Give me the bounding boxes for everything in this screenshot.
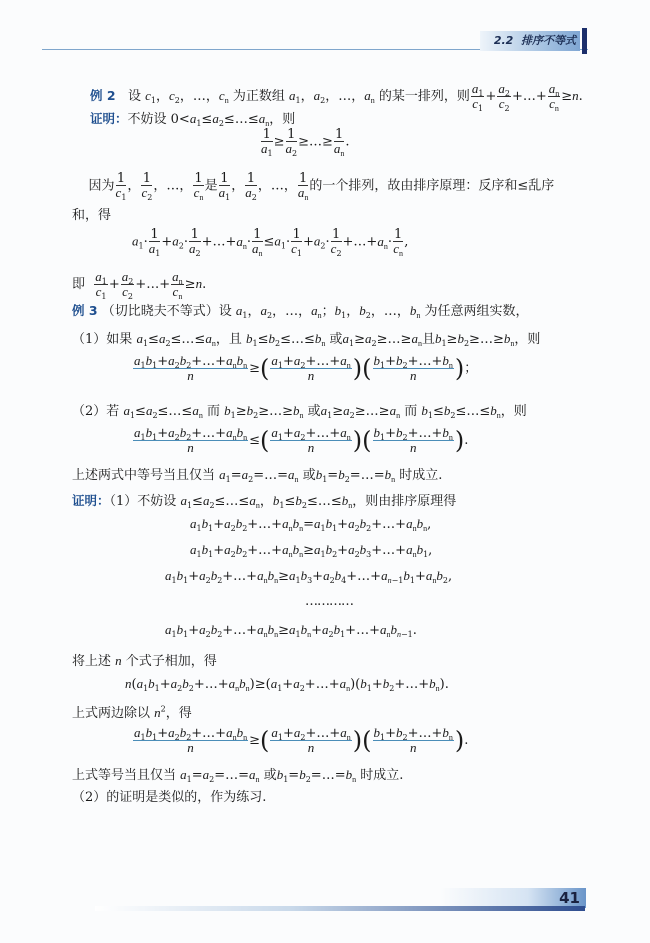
formula-rearrangement: a1·1a1+a2·1a2+…+an·1an≤a1·1c1+a2·1c2+…+a… xyxy=(132,228,408,256)
add-n-line: 将上述 n 个式子相加，得 xyxy=(72,650,217,669)
proof-label: 证明： xyxy=(90,111,128,126)
divide-line: 上式两边除以 n2，得 xyxy=(72,702,192,721)
example2-proof-start: 证明：不妨设 0<a1≤a2≤…≤an，则 xyxy=(90,108,295,127)
equality-note: 上述两式中等号当且仅当 a1=a2=…=an 或b1=b2=…=bn 时成立. xyxy=(72,464,442,483)
proof-row-n: a1b1+a2b2+…+anbn≥a1bn+a2b1+…+anbn−1. xyxy=(165,622,417,638)
example3-label: 例 3 xyxy=(72,303,98,318)
case2-proof-note: （2）的证明是类似的，作为练习. xyxy=(72,786,266,805)
because-line: 因为1c1，1c2，…，1cn是1a1，1a2，…，1an的一个排列，故由排序原… xyxy=(72,172,554,200)
page-number: 41 xyxy=(545,888,585,908)
proof-row-3: a1b1+a2b2+…+anbn≥a1b3+a2b4+…+an−1b1+anb2… xyxy=(165,568,452,584)
case1-condition: （1）如果 a1≤a2≤…≤an，且 b1≤b2≤…≤bn 或a1≥a2≥…≥a… xyxy=(72,328,540,347)
proof-row-1: a1b1+a2b2+…+anbn=a1b1+a2b2+…+anbn, xyxy=(190,516,431,532)
case2-condition: （2）若 a1≤a2≤…≤an 而 b1≥b2≥…≥bn 或a1≥a2≥…≥an… xyxy=(72,400,527,419)
hence-line: 即 a1c1+a2c2+…+ancn≥n. xyxy=(72,270,206,299)
example2-statement: 例 2 设 c1，c2，…，cn 为正数组 a1，a2，…，an 的某一排列，则… xyxy=(90,82,583,111)
proof-row-2: a1b1+a2b2+…+anbn≥a1b2+a2b3+…+anb1, xyxy=(190,542,432,558)
footer-bar xyxy=(95,906,585,911)
example3-proof-start: 证明：（1）不妨设 a1≤a2≤…≤an，b1≤b2≤…≤bn，则由排序原理得 xyxy=(72,490,456,509)
equality-note-2: 上式等号当且仅当 a1=a2=…=an 或b1=b2=…=bn 时成立. xyxy=(72,764,403,783)
header-accent-bar xyxy=(582,28,587,54)
example2-label: 例 2 xyxy=(90,88,116,103)
formula-chebyshev-final: a1b1+a2b2+…+anbnn≥(a1+a2+…+ann)(b1+b2+…+… xyxy=(132,726,468,755)
formula-chebyshev-1: a1b1+a2b2+…+anbnn≥(a1+a2+…+ann)(b1+b2+…+… xyxy=(132,354,477,383)
formula-sum: n(a1b1+a2b2+…+anbn)≥(a1+a2+…+an)(b1+b2+…… xyxy=(125,676,449,692)
formula-chebyshev-2: a1b1+a2b2+…+anbnn≤(a1+a2+…+ann)(b1+b2+…+… xyxy=(132,426,468,455)
formula-reciprocals: 1a1≥1a2≥…≥1an. xyxy=(260,128,350,156)
proof-dots: ………… xyxy=(305,594,353,609)
sum-get: 和，得 xyxy=(72,204,111,223)
example3-statement: 例 3 （切比晓夫不等式）设 a1，a2，…，an；b1，b2，…，bn 为任意… xyxy=(72,300,528,319)
section-header: 2.2 排序不等式 xyxy=(480,31,580,51)
